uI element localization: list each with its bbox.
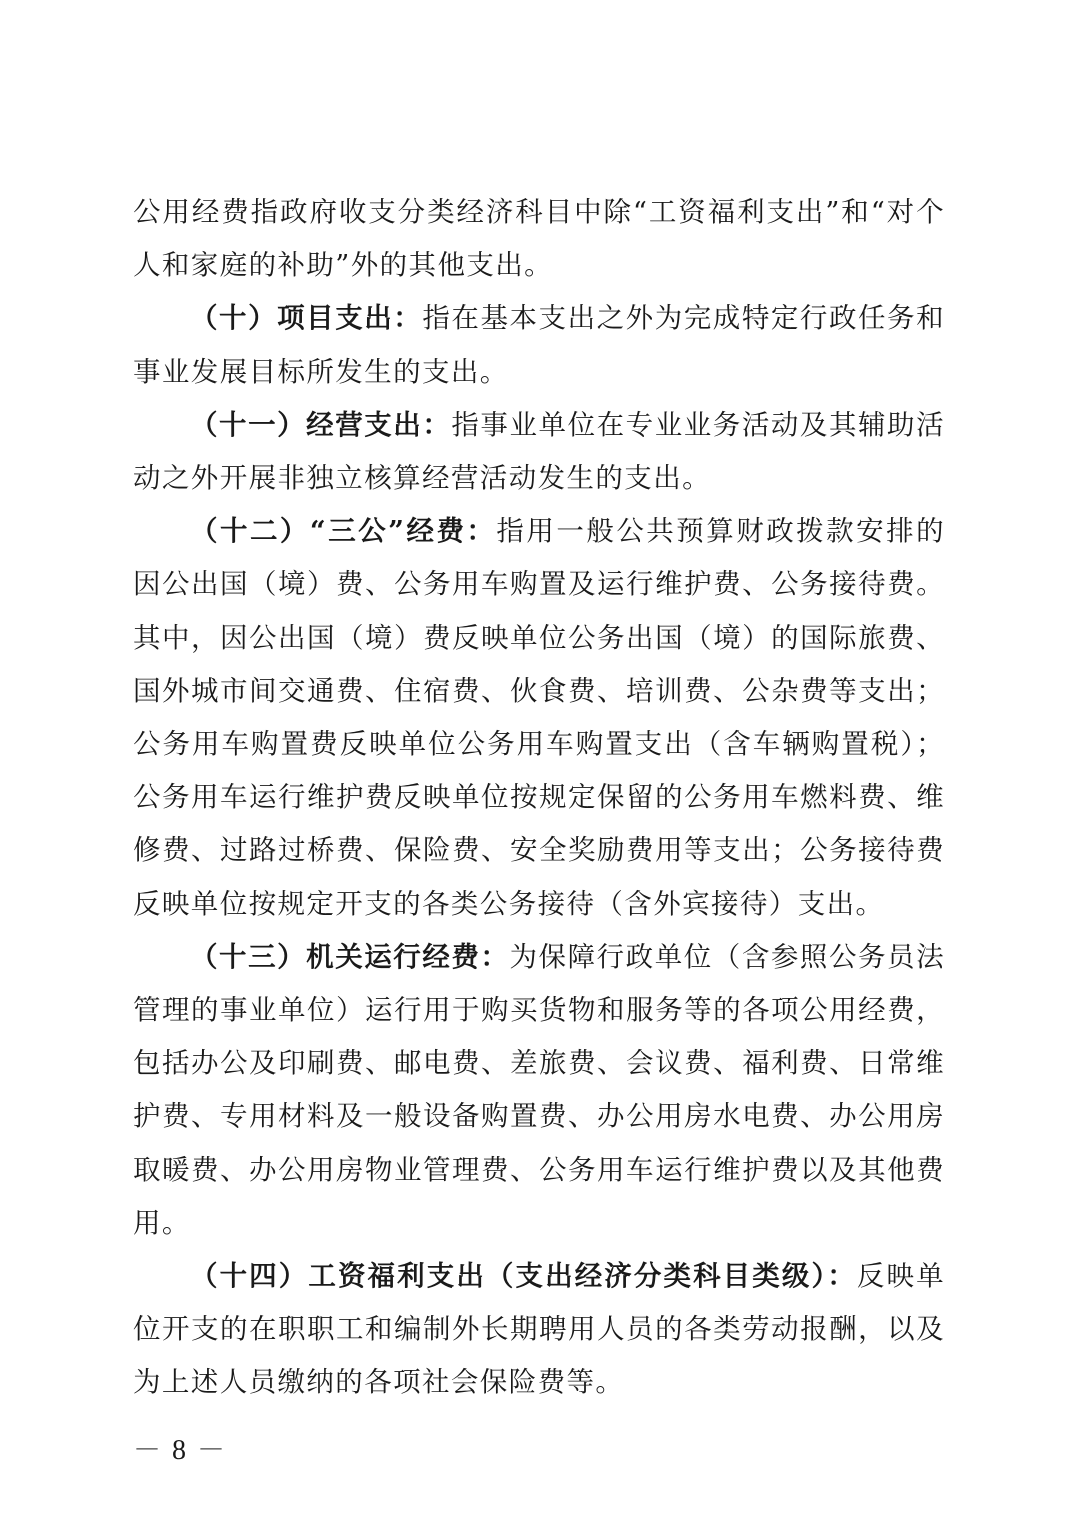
page-number-left-dash: －: [133, 1435, 163, 1466]
paragraph-project-expenditure: （十）项目支出：指在基本支出之外为完成特定行政任务和事业发展目标所发生的支出。: [133, 292, 945, 398]
paragraph-text: 指用一般公共预算财政拨款安排的因公出国（境）费、公务用车购置及运行维护费、公务接…: [133, 515, 945, 919]
page-number-right-dash: －: [197, 1435, 227, 1466]
paragraph-three-public-expenses: （十二）“三公”经费：指用一般公共预算财政拨款安排的因公出国（境）费、公务用车购…: [133, 505, 945, 931]
paragraph-operating-expenditure: （十一）经营支出：指事业单位在专业业务活动及其辅助活动之外开展非独立核算经营活动…: [133, 399, 945, 505]
paragraph-wage-welfare-expenditure: （十四）工资福利支出（支出经济分类科目类级）：反映单位开支的在职职工和编制外长期…: [133, 1250, 945, 1410]
term-heading: （十）项目支出：: [190, 302, 422, 334]
term-heading: （十三）机关运行经费：: [190, 941, 509, 973]
term-heading: （十二）“三公”经费：: [190, 515, 496, 547]
page-number: 8: [172, 1435, 188, 1466]
document-body: 公用经费指政府收支分类经济科目中除“工资福利支出”和“对个人和家庭的补助”外的其…: [133, 186, 945, 1410]
page-footer: － 8 －: [133, 1428, 227, 1468]
term-heading: （十四）工资福利支出（支出经济分类科目类级）：: [190, 1260, 857, 1292]
term-heading: （十一）经营支出：: [190, 409, 451, 441]
paragraph-agency-operating-funds: （十三）机关运行经费：为保障行政单位（含参照公务员法管理的事业单位）运行用于购买…: [133, 931, 945, 1250]
paragraph-text: 公用经费指政府收支分类经济科目中除“工资福利支出”和“对个人和家庭的补助”外的其…: [133, 196, 945, 281]
paragraph-text: 为保障行政单位（含参照公务员法管理的事业单位）运行用于购买货物和服务等的各项公用…: [133, 941, 945, 1239]
paragraph-public-funds-continued: 公用经费指政府收支分类经济科目中除“工资福利支出”和“对个人和家庭的补助”外的其…: [133, 186, 945, 292]
